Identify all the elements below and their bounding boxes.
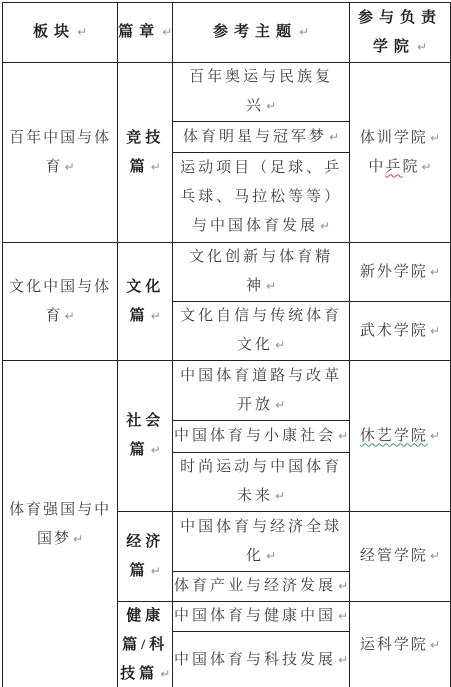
cell-line: 与中国体育发展↵: [173, 212, 349, 241]
college-line: 中乒院↵: [350, 153, 450, 182]
cell-text-line: 育: [46, 308, 63, 324]
college-line: 体训学院↵: [350, 124, 450, 153]
cell-text-line: 神: [246, 278, 264, 294]
cell-text-line: 文化: [126, 279, 164, 295]
cell-text-line: 百年中国与体: [9, 130, 111, 146]
pilcrow-mark: ↵: [73, 532, 83, 546]
cell-text-line: 学院: [373, 39, 415, 55]
cell-text-line: 体育强国与中: [9, 502, 111, 518]
topic-cell[interactable]: 时尚运动与中国体育未来↵: [173, 453, 350, 512]
cell-text-line: 与中国体育发展: [192, 218, 318, 234]
pilcrow-mark: ↵: [77, 25, 87, 39]
topic-cell[interactable]: 百年奥运与民族复兴↵: [173, 63, 350, 122]
cell-line: 时尚运动与中国体育: [173, 453, 349, 482]
pilcrow-mark: ↵: [417, 40, 427, 54]
cell-line: 体育强国与中: [3, 496, 117, 525]
pilcrow-mark: ↵: [338, 653, 348, 667]
pilcrow-mark: ↵: [430, 549, 440, 563]
cell-text-line: 运科学院: [360, 637, 428, 653]
cell-text-line: 百年奥运与民族复: [189, 69, 333, 85]
grammar-flagged-text: 休艺学院: [360, 428, 428, 444]
college-cell[interactable]: 新外学院↵: [349, 243, 450, 302]
cell-line: 篇↵: [118, 302, 172, 331]
pilcrow-mark: ↵: [430, 638, 440, 652]
cell-text-line: 健康: [126, 608, 164, 624]
cell-line: 文化创新与体育精: [173, 243, 349, 272]
pilcrow-mark: ↵: [338, 609, 348, 623]
table-row: 文化中国与体育↵ 文化篇↵ 文化创新与体育精神↵ 新外学院↵: [3, 243, 451, 302]
topic-cell[interactable]: 中国体育与健康中国↵: [173, 602, 350, 632]
cell-text-line: 篇: [130, 563, 149, 579]
college-cell[interactable]: 武术学院↵: [349, 302, 450, 361]
chapter-cell[interactable]: 经济篇↵: [118, 512, 173, 602]
chapter-cell[interactable]: 文化篇↵: [118, 243, 173, 361]
cell-text-line: 时尚运动与中国体育: [180, 459, 342, 475]
table-header-row: 板块↵ 篇章↵ 参考主题↵ 参与负责学院↵: [3, 3, 451, 63]
cell-text-line: 中国体育与小康社会: [174, 428, 336, 444]
topic-cell[interactable]: 中国体育与小康社会↵: [173, 421, 350, 453]
header-cell-chapter[interactable]: 篇章↵: [118, 3, 173, 63]
pilcrow-mark: ↵: [430, 131, 440, 145]
cell-line: 中国体育与科技发展↵: [173, 646, 349, 675]
cell-line: 文化自信与传统体育: [173, 302, 349, 331]
college-cell[interactable]: 运科学院↵: [349, 602, 450, 687]
cell-text-line: 体育产业与经济发展: [174, 578, 336, 594]
header-cell-block[interactable]: 板块↵: [3, 3, 118, 63]
cell-line: 兴↵: [173, 92, 349, 121]
cell-line: 百年中国与体: [3, 124, 117, 153]
cell-text-line: 竞技: [126, 130, 164, 146]
cell-text-line: 中国体育与健康中国: [174, 608, 336, 624]
chapter-cell[interactable]: 竞技篇↵: [118, 63, 173, 243]
cell-line: 武术学院↵: [350, 317, 450, 346]
cell-line: 参考主题↵: [173, 18, 349, 47]
cell-text-line: 中国体育道路与改革: [180, 368, 342, 384]
pilcrow-mark: ↵: [151, 443, 161, 457]
cell-text-line: 运动项目（足球、乒: [180, 160, 342, 176]
cell-line: 体育产业与经济发展↵: [173, 572, 349, 601]
cell-text-line: 经管学院: [360, 548, 428, 564]
block-cell[interactable]: 文化中国与体育↵: [3, 243, 118, 361]
cell-text-line: 化: [246, 548, 264, 564]
cell-text-line: 篇: [130, 308, 149, 324]
cell-line: 竞技: [118, 124, 172, 153]
college-cell[interactable]: 体训学院↵ 中乒院↵: [349, 63, 450, 243]
document-page[interactable]: 板块↵ 篇章↵ 参考主题↵ 参与负责学院↵ 百年中国与体育↵ 竞技篇↵ 百年奥运…: [0, 2, 451, 687]
topic-cell[interactable]: 运动项目（足球、乒乓球、马拉松等等）与中国体育发展↵: [173, 153, 350, 243]
cell-line: 文化: [118, 273, 172, 302]
topic-cell[interactable]: 体育产业与经济发展↵: [173, 572, 350, 602]
cell-line: 技篇↵: [118, 660, 172, 687]
cell-line: 经济: [118, 528, 172, 557]
pilcrow-mark: ↵: [275, 398, 285, 412]
cell-text-line: 参与负责: [358, 10, 442, 26]
cell-text-line: 国梦: [37, 531, 71, 547]
pilcrow-mark: ↵: [160, 667, 170, 681]
cell-line: 新外学院↵: [350, 258, 450, 287]
cell-text-line: 体育明星与冠军梦: [183, 129, 327, 145]
cell-line: 体育明星与冠军梦↵: [173, 123, 349, 152]
table-row: 百年中国与体育↵ 竞技篇↵ 百年奥运与民族复兴↵ 体训学院↵ 中乒院↵: [3, 63, 451, 122]
cell-text-line: 篇章: [118, 24, 160, 40]
cell-text-line: 育: [46, 159, 63, 175]
cell-line: 篇章↵: [118, 18, 172, 47]
cell-line: 运动项目（足球、乒: [173, 154, 349, 183]
pilcrow-mark: ↵: [275, 338, 285, 352]
cell-text-line: 参考主题: [213, 24, 297, 40]
pilcrow-mark: ↵: [430, 324, 440, 338]
cell-text-line: 文化: [237, 337, 273, 353]
cell-text-line: 经济: [126, 534, 164, 550]
chapter-cell[interactable]: 社会篇↵: [118, 361, 173, 512]
pilcrow-mark: ↵: [430, 265, 440, 279]
cell-text-line: 新外学院: [360, 264, 428, 280]
pilcrow-mark: ↵: [65, 160, 75, 174]
cell-text-line: 乓球、马拉松等等）: [180, 189, 342, 205]
pilcrow-mark: ↵: [266, 279, 276, 293]
pilcrow-mark: ↵: [299, 25, 309, 39]
cell-line: 百年奥运与民族复: [173, 63, 349, 92]
table-row: 体育强国与中国梦↵ 社会篇↵ 中国体育道路与改革开放↵ 休艺学院↵: [3, 361, 451, 421]
cell-text-line: 中国体育与经济全球: [180, 519, 342, 535]
topic-cell[interactable]: 中国体育道路与改革开放↵: [173, 361, 350, 421]
topic-cell[interactable]: 文化自信与传统体育文化↵: [173, 302, 350, 361]
topic-cell[interactable]: 体育明星与冠军梦↵: [173, 122, 350, 153]
pilcrow-mark: ↵: [421, 160, 431, 174]
pilcrow-mark: ↵: [266, 99, 276, 113]
cell-line: 篇↵: [118, 153, 172, 182]
cell-line: 经管学院↵: [350, 542, 450, 571]
pilcrow-mark: ↵: [151, 160, 161, 174]
cell-line: 中国体育与小康社会↵: [173, 422, 349, 451]
plan-table: 板块↵ 篇章↵ 参考主题↵ 参与负责学院↵ 百年中国与体育↵ 竞技篇↵ 百年奥运…: [2, 2, 451, 687]
misspelled-text: 乒: [385, 159, 402, 175]
cell-text-line: 社会: [126, 413, 164, 429]
cell-line: 育↵: [3, 153, 117, 182]
cell-line: 篇/科: [118, 631, 172, 660]
cell-line: 未来↵: [173, 482, 349, 511]
cell-text-line: 板块: [33, 24, 75, 40]
pilcrow-mark: ↵: [430, 429, 440, 443]
pilcrow-mark: ↵: [162, 25, 172, 39]
cell-text-line: 文化创新与体育精: [189, 249, 333, 265]
pilcrow-mark: ↵: [65, 309, 75, 323]
cell-line: 开放↵: [173, 391, 349, 420]
pilcrow-mark: ↵: [275, 489, 285, 503]
cell-line: 运科学院↵: [350, 631, 450, 660]
cell-text-line: 文化自信与传统体育: [180, 308, 342, 324]
header-cell-college[interactable]: 参与负责学院↵: [349, 3, 450, 63]
pilcrow-mark: ↵: [151, 309, 161, 323]
block-cell[interactable]: 百年中国与体育↵: [3, 63, 118, 243]
cell-line: 参与负责: [350, 4, 450, 33]
cell-line: 健康: [118, 602, 172, 631]
cell-line: 板块↵: [3, 18, 117, 47]
cell-line: 篇↵: [118, 557, 172, 586]
college-cell[interactable]: 经管学院↵: [349, 512, 450, 602]
cell-text-line: 篇: [130, 442, 149, 458]
cell-line: 化↵: [173, 542, 349, 571]
cell-text-line: 体训学院: [360, 130, 428, 146]
cell-line: 中国体育与经济全球: [173, 513, 349, 542]
topic-cell[interactable]: 中国体育与科技发展↵: [173, 632, 350, 687]
cell-text-line: 篇/科: [122, 637, 168, 653]
cell-line: 学院↵: [350, 33, 450, 62]
cell-text-line: 文化中国与体: [9, 279, 111, 295]
cell-line: 育↵: [3, 302, 117, 331]
college-line: 休艺学院↵: [350, 422, 450, 451]
topic-cell[interactable]: 文化创新与体育精神↵: [173, 243, 350, 302]
college-cell[interactable]: 休艺学院↵: [349, 361, 450, 512]
cell-text-line: 未来: [237, 488, 273, 504]
cell-line: 文化中国与体: [3, 273, 117, 302]
cell-line: 中国体育与健康中国↵: [173, 602, 349, 631]
topic-cell[interactable]: 中国体育与经济全球化↵: [173, 512, 350, 572]
cell-text-line: 技篇: [120, 666, 158, 682]
cell-line: 文化↵: [173, 331, 349, 360]
cell-text-line: 兴: [246, 98, 264, 114]
pilcrow-mark: ↵: [338, 579, 348, 593]
cell-line: 社会: [118, 407, 172, 436]
cell-line: 乓球、马拉松等等）: [173, 183, 349, 212]
pilcrow-mark: ↵: [338, 429, 348, 443]
cell-text-line: 武术学院: [360, 323, 428, 339]
cell-text-line: 中国体育与科技发展: [174, 652, 336, 668]
block-cell[interactable]: 体育强国与中国梦↵: [3, 361, 118, 687]
cell-line: 篇↵: [118, 436, 172, 465]
cell-text-line: 院: [402, 159, 419, 175]
cell-text-line: 开放: [237, 397, 273, 413]
cell-line: 神↵: [173, 272, 349, 301]
cell-line: 国梦↵: [3, 525, 117, 554]
pilcrow-mark: ↵: [266, 549, 276, 563]
cell-text-line: 中: [368, 159, 385, 175]
pilcrow-mark: ↵: [329, 130, 339, 144]
cell-text-line: 篇: [130, 159, 149, 175]
chapter-cell[interactable]: 健康篇/科技篇↵: [118, 602, 173, 687]
cell-line: 中国体育道路与改革: [173, 362, 349, 391]
header-cell-topic[interactable]: 参考主题↵: [173, 3, 350, 63]
pilcrow-mark: ↵: [151, 564, 161, 578]
pilcrow-mark: ↵: [320, 219, 330, 233]
